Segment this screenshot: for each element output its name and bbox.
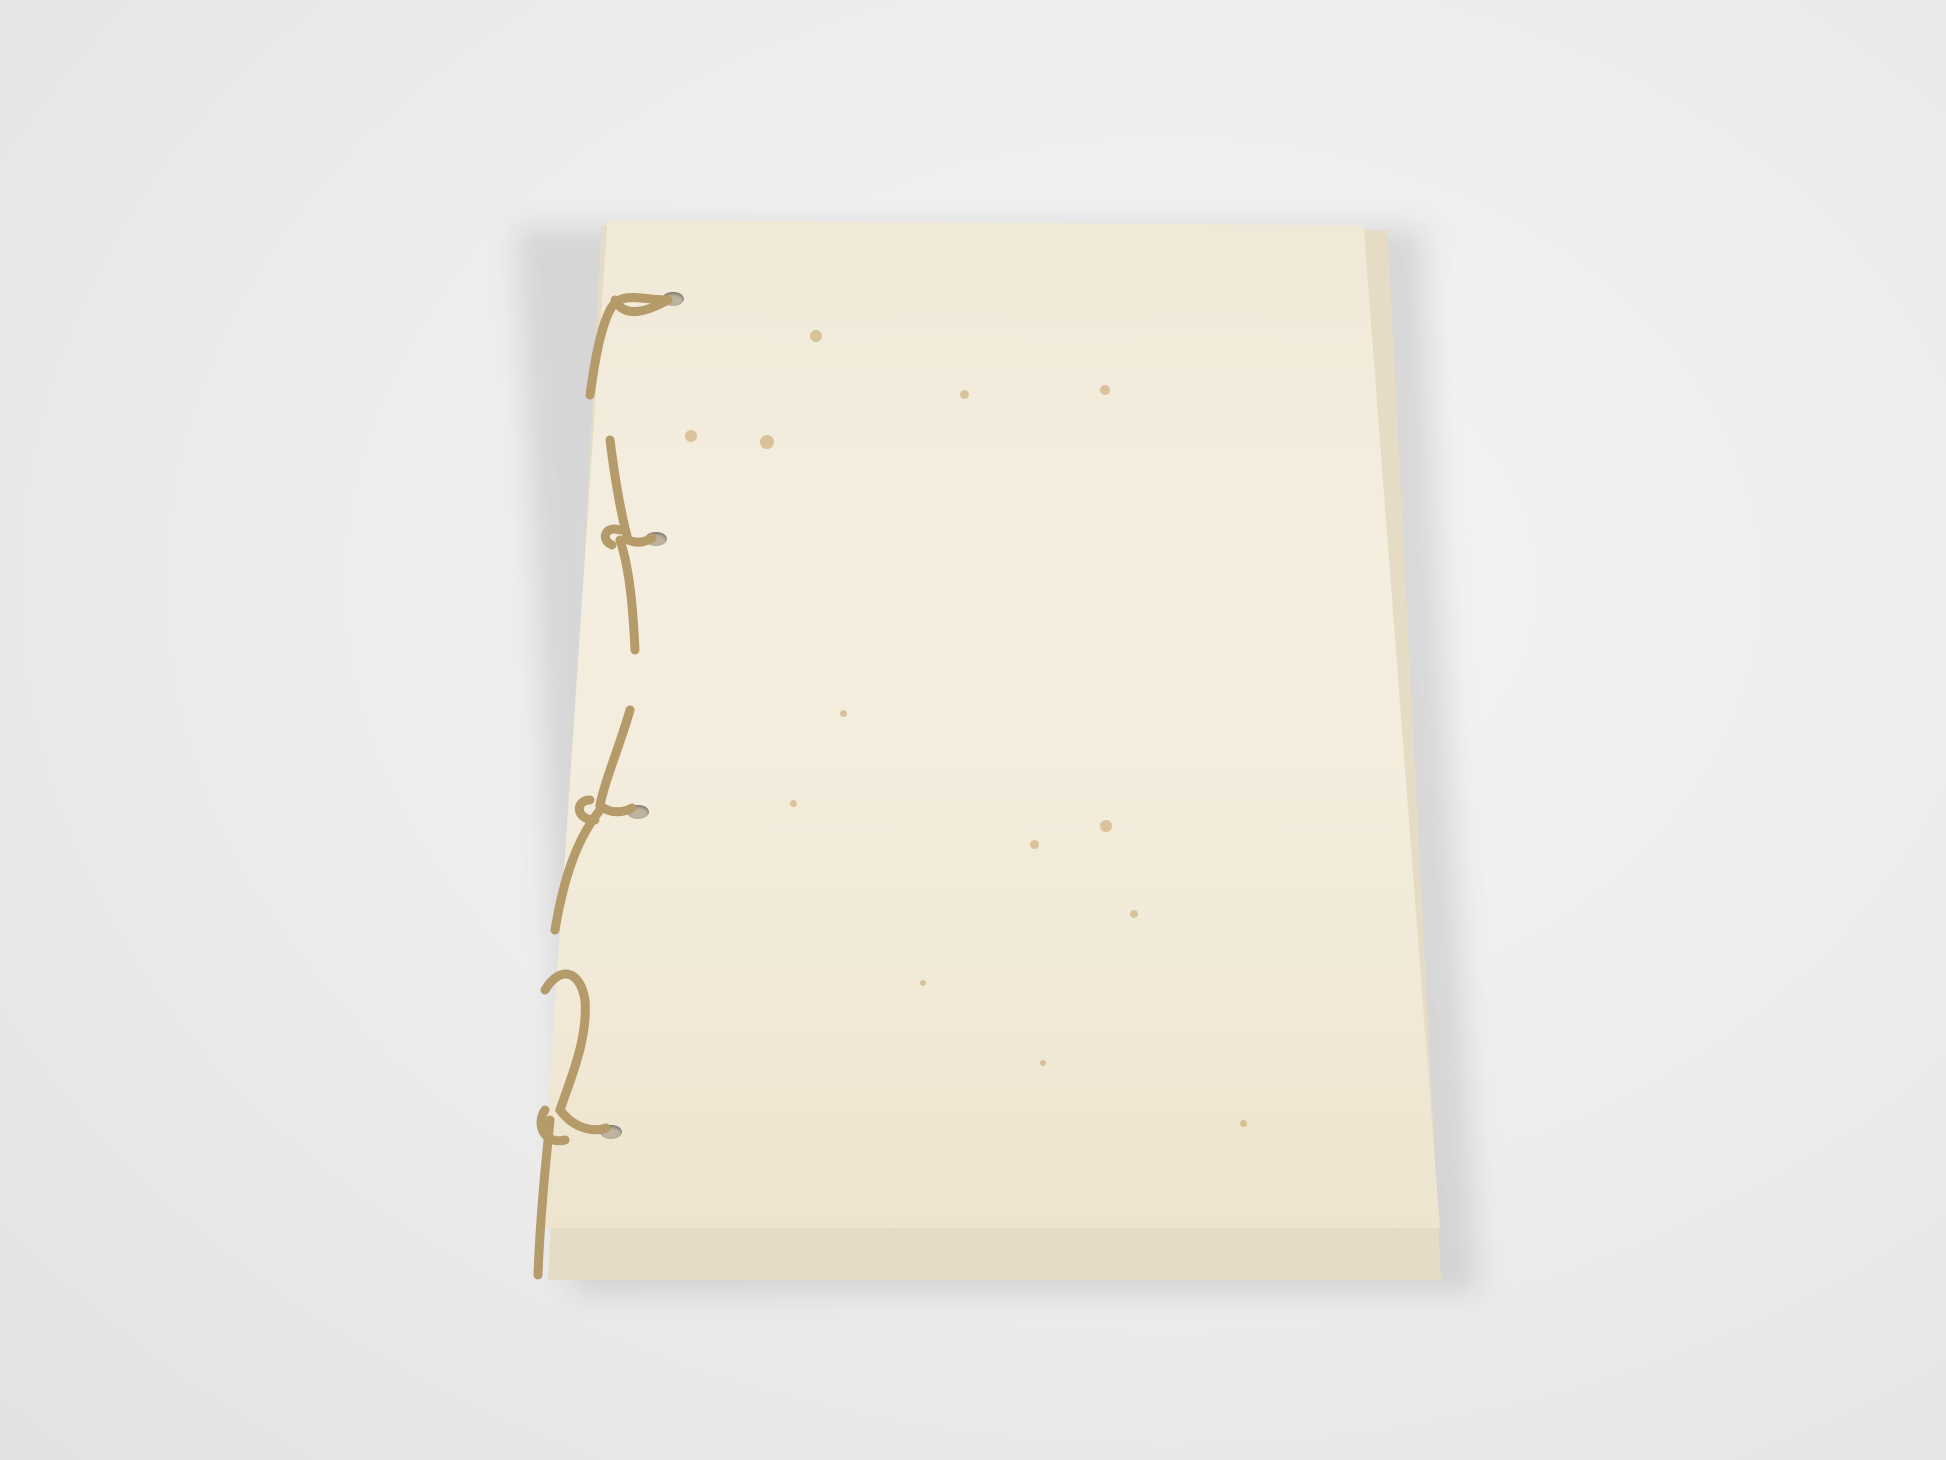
photo-scene <box>0 0 1946 1460</box>
twine-binding-icon <box>0 0 1946 1460</box>
